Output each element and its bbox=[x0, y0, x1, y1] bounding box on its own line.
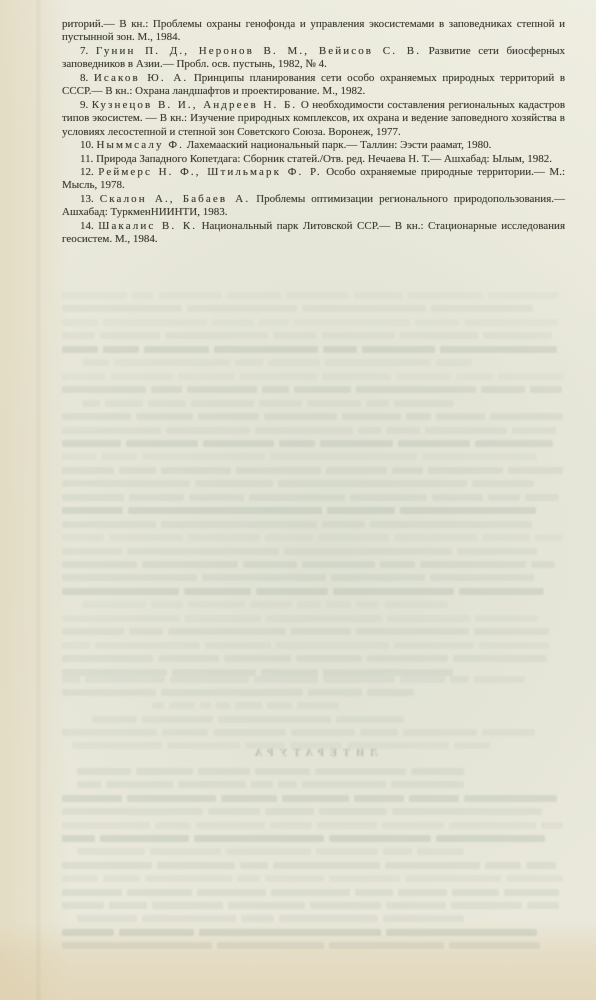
showthrough-line bbox=[62, 494, 559, 501]
bibliography-entry: 10. Ныммсалу Ф. Лахемааский национальный… bbox=[62, 139, 565, 152]
showthrough-line bbox=[62, 795, 557, 802]
showthrough-line bbox=[62, 808, 542, 815]
showthrough-line bbox=[82, 359, 472, 366]
showthrough-line bbox=[62, 615, 538, 622]
bibliography-block: риторий.— В кн.: Проблемы охраны генофон… bbox=[62, 18, 565, 247]
entry-number: 14. bbox=[80, 220, 94, 232]
showthrough-line bbox=[62, 676, 525, 683]
entry-number: 9. bbox=[80, 99, 88, 111]
entry-authors: Шакалис В. К. bbox=[98, 220, 197, 232]
showthrough-line bbox=[72, 742, 490, 749]
showthrough-line bbox=[62, 642, 550, 649]
bibliography-entry: 8. Исаков Ю. А. Принципы планирования се… bbox=[62, 72, 565, 99]
entry-authors: Ныммсалу Ф. bbox=[97, 139, 185, 151]
showthrough-heading-mirrored: ЛИТЕРАТУРА bbox=[62, 748, 565, 759]
showthrough-line bbox=[62, 413, 563, 420]
bibliography-entry: 12. Реймерс Н. Ф., Штильмарк Ф. Р. Особо… bbox=[62, 166, 565, 193]
entry-text: Природа Западного Копетдага: Сборник ста… bbox=[96, 153, 552, 165]
showthrough-line bbox=[62, 373, 564, 380]
bibliography-entry: 7. Гунин П. Д., Неронов В. М., Вейисов С… bbox=[62, 45, 565, 72]
entry-authors: Реймерс Н. Ф., Штильмарк Ф. Р. bbox=[98, 166, 321, 178]
entry-number: 10. bbox=[80, 139, 94, 151]
entry-text: Лахемааский национальный парк.— Таллин: … bbox=[187, 139, 492, 151]
showthrough-line bbox=[62, 480, 534, 487]
bibliography-entry: 9. Кузнецов В. И., Андреев Н. Б. О необх… bbox=[62, 99, 565, 139]
showthrough-line bbox=[82, 400, 454, 407]
entry-number: 12. bbox=[80, 166, 94, 178]
bibliography-entry: 14. Шакалис В. К. Национальный парк Лито… bbox=[62, 220, 565, 247]
showthrough-line bbox=[82, 601, 448, 608]
showthrough-line bbox=[77, 848, 464, 855]
showthrough-line bbox=[62, 929, 537, 936]
entry-authors: Скалон А., Бабаев А. bbox=[100, 193, 250, 205]
showthrough-line bbox=[62, 729, 535, 736]
showthrough-line bbox=[77, 781, 464, 788]
showthrough-line bbox=[62, 875, 563, 882]
showthrough-line bbox=[62, 561, 555, 568]
showthrough-line bbox=[77, 768, 464, 775]
showthrough-line bbox=[62, 453, 537, 460]
showthrough-line bbox=[62, 862, 556, 869]
showthrough-line bbox=[62, 427, 556, 434]
showthrough-line bbox=[62, 440, 553, 447]
showthrough-line bbox=[62, 574, 534, 581]
entry-authors: Исаков Ю. А. bbox=[94, 72, 188, 84]
showthrough-line bbox=[62, 292, 559, 299]
entry-number: 11. bbox=[80, 153, 93, 165]
showthrough-line bbox=[62, 386, 562, 393]
showthrough-line bbox=[62, 655, 547, 662]
showthrough-line bbox=[62, 902, 559, 909]
entry-number: 8. bbox=[80, 72, 88, 84]
entry-authors: Кузнецов В. И., Андреев Н. Б. bbox=[92, 99, 297, 111]
showthrough-line bbox=[62, 628, 549, 635]
showthrough-line bbox=[152, 702, 339, 709]
showthrough-line bbox=[62, 332, 552, 339]
showthrough-line bbox=[62, 669, 453, 676]
showthrough-line bbox=[62, 305, 533, 312]
entry-authors: Гунин П. Д., Неронов В. М., Вейисов С. В… bbox=[96, 45, 421, 57]
showthrough-line bbox=[92, 716, 404, 723]
showthrough-line bbox=[62, 507, 536, 514]
showthrough-line bbox=[62, 319, 558, 326]
showthrough-line bbox=[62, 689, 414, 696]
entry-number: 13. bbox=[80, 193, 94, 205]
bibliography-list: 7. Гунин П. Д., Неронов В. М., Вейисов С… bbox=[62, 45, 565, 247]
showthrough-line bbox=[62, 548, 537, 555]
bibliography-continuation: риторий.— В кн.: Проблемы охраны генофон… bbox=[62, 18, 565, 45]
entry-number: 7. bbox=[80, 45, 88, 57]
showthrough-line bbox=[62, 521, 532, 528]
showthrough-line bbox=[62, 534, 563, 541]
showthrough-line bbox=[62, 467, 563, 474]
showthrough-line bbox=[62, 942, 540, 949]
showthrough-line bbox=[62, 889, 559, 896]
showthrough-line bbox=[62, 588, 544, 595]
showthrough-line bbox=[62, 835, 545, 842]
showthrough-line bbox=[77, 915, 464, 922]
showthrough-line bbox=[62, 346, 557, 353]
scanned-book-page: ЛИТЕРАТУРА риторий.— В кн.: Проблемы охр… bbox=[0, 0, 596, 1000]
bibliography-entry: 11. Природа Западного Копетдага: Сборник… bbox=[62, 153, 565, 166]
showthrough-line bbox=[62, 822, 563, 829]
bibliography-entry: 13. Скалон А., Бабаев А. Проблемы оптими… bbox=[62, 193, 565, 220]
